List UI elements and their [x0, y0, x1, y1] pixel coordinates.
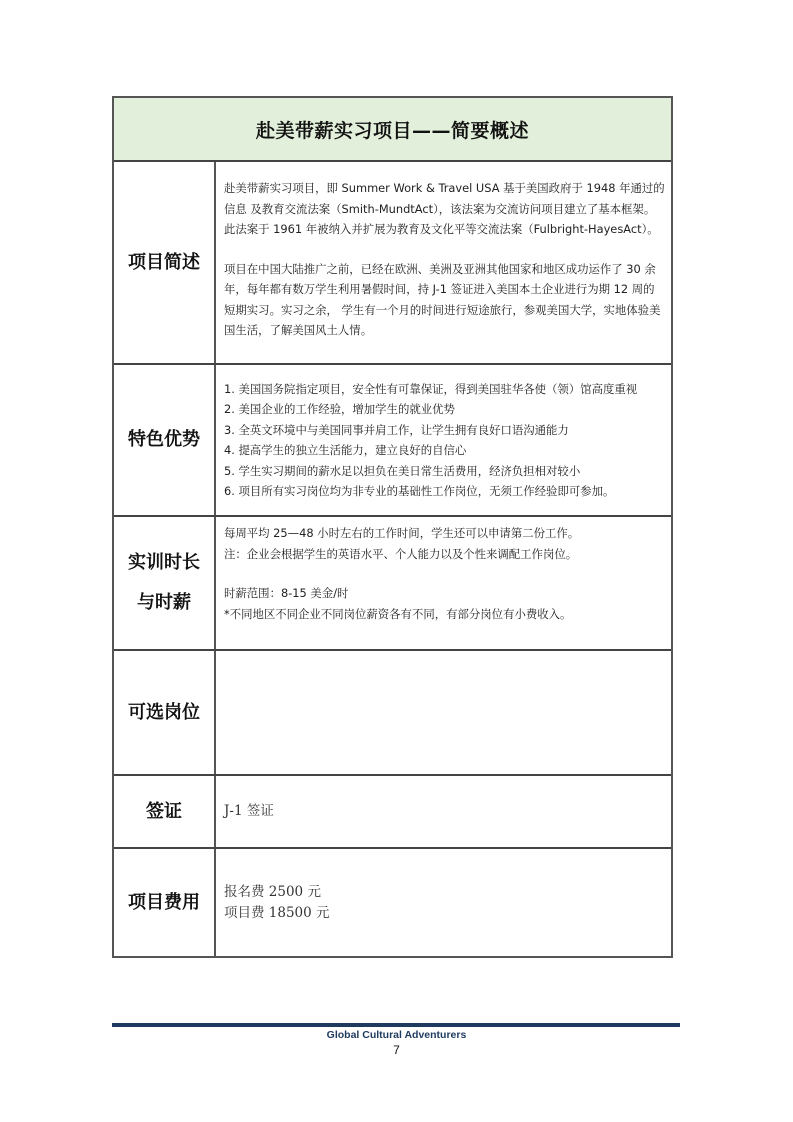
fee-line: 项目费 18500 元 — [224, 903, 665, 924]
program-overview-table: 赴美带薪实习项目——简要概述 项目简述 赴美带薪实习项目，即 Summer Wo… — [112, 96, 673, 958]
footer-organization: Global Cultural Adventurers — [0, 1029, 793, 1041]
row-label: 特色优势 — [114, 365, 216, 515]
summary-paragraph: 项目在中国大陆推广之前，已经在欧洲、美洲及亚洲其他国家和地区成功运作了 30 余… — [224, 259, 665, 341]
table-header: 赴美带薪实习项目——简要概述 — [114, 98, 671, 162]
row-content: J-1 签证 — [216, 776, 671, 847]
row-hours-wages: 实训时长 与时薪 每周平均 25—48 小时左右的工作时间，学生还可以申请第二份… — [114, 517, 671, 651]
wage-range: 时薪范围：8-15 美金/时 — [224, 583, 665, 604]
feature-item: 1. 美国国务院指定项目，安全性有可靠保证，得到美国驻华各使（领）馆高度重视 — [224, 379, 665, 400]
row-content: 每周平均 25—48 小时左右的工作时间，学生还可以申请第二份工作。 注：企业会… — [216, 517, 671, 649]
feature-item: 5. 学生实习期间的薪水足以担负在美日常生活费用，经济负担相对较小 — [224, 461, 665, 482]
row-project-summary: 项目简述 赴美带薪实习项目，即 Summer Work & Travel USA… — [114, 162, 671, 365]
row-label-line: 与时薪 — [137, 583, 191, 623]
feature-item: 6. 项目所有实习岗位均为非专业的基础性工作岗位，无须工作经验即可参加。 — [224, 481, 665, 502]
summary-paragraph: 赴美带薪实习项目，即 Summer Work & Travel USA 基于美国… — [224, 178, 665, 240]
row-positions: 可选岗位 — [114, 651, 671, 776]
feature-item: 3. 全英文环境中与美国同事并肩工作，让学生拥有良好口语沟通能力 — [224, 420, 665, 441]
row-label: 签证 — [114, 776, 216, 847]
row-visa: 签证 J-1 签证 — [114, 776, 671, 849]
feature-item: 4. 提高学生的独立生活能力，建立良好的自信心 — [224, 440, 665, 461]
row-content: 报名费 2500 元 项目费 18500 元 — [216, 849, 671, 956]
note-text: 注：企业会根据学生的英语水平、个人能力以及个性来调配工作岗位。 — [224, 544, 665, 565]
row-content: 1. 美国国务院指定项目，安全性有可靠保证，得到美国驻华各使（领）馆高度重视 2… — [216, 365, 671, 515]
row-label: 可选岗位 — [114, 651, 216, 774]
wage-note: *不同地区不同企业不同岗位薪资各有不同，有部分岗位有小费收入。 — [224, 604, 665, 625]
row-label: 项目简述 — [114, 162, 216, 363]
row-label: 实训时长 与时薪 — [114, 517, 216, 649]
row-content: 赴美带薪实习项目，即 Summer Work & Travel USA 基于美国… — [216, 162, 671, 363]
row-fees: 项目费用 报名费 2500 元 项目费 18500 元 — [114, 849, 671, 956]
page-number: 7 — [0, 1043, 793, 1057]
footer-rule — [112, 1023, 680, 1027]
row-label: 项目费用 — [114, 849, 216, 956]
fee-line: 报名费 2500 元 — [224, 882, 665, 903]
visa-type: J-1 签证 — [224, 801, 665, 822]
row-content — [216, 651, 671, 774]
table-title: 赴美带薪实习项目——简要概述 — [256, 116, 529, 143]
feature-item: 2. 美国企业的工作经验，增加学生的就业优势 — [224, 399, 665, 420]
row-features: 特色优势 1. 美国国务院指定项目，安全性有可靠保证，得到美国驻华各使（领）馆高… — [114, 365, 671, 517]
row-label-line: 实训时长 — [128, 543, 200, 583]
hours-text: 每周平均 25—48 小时左右的工作时间，学生还可以申请第二份工作。 — [224, 523, 665, 544]
